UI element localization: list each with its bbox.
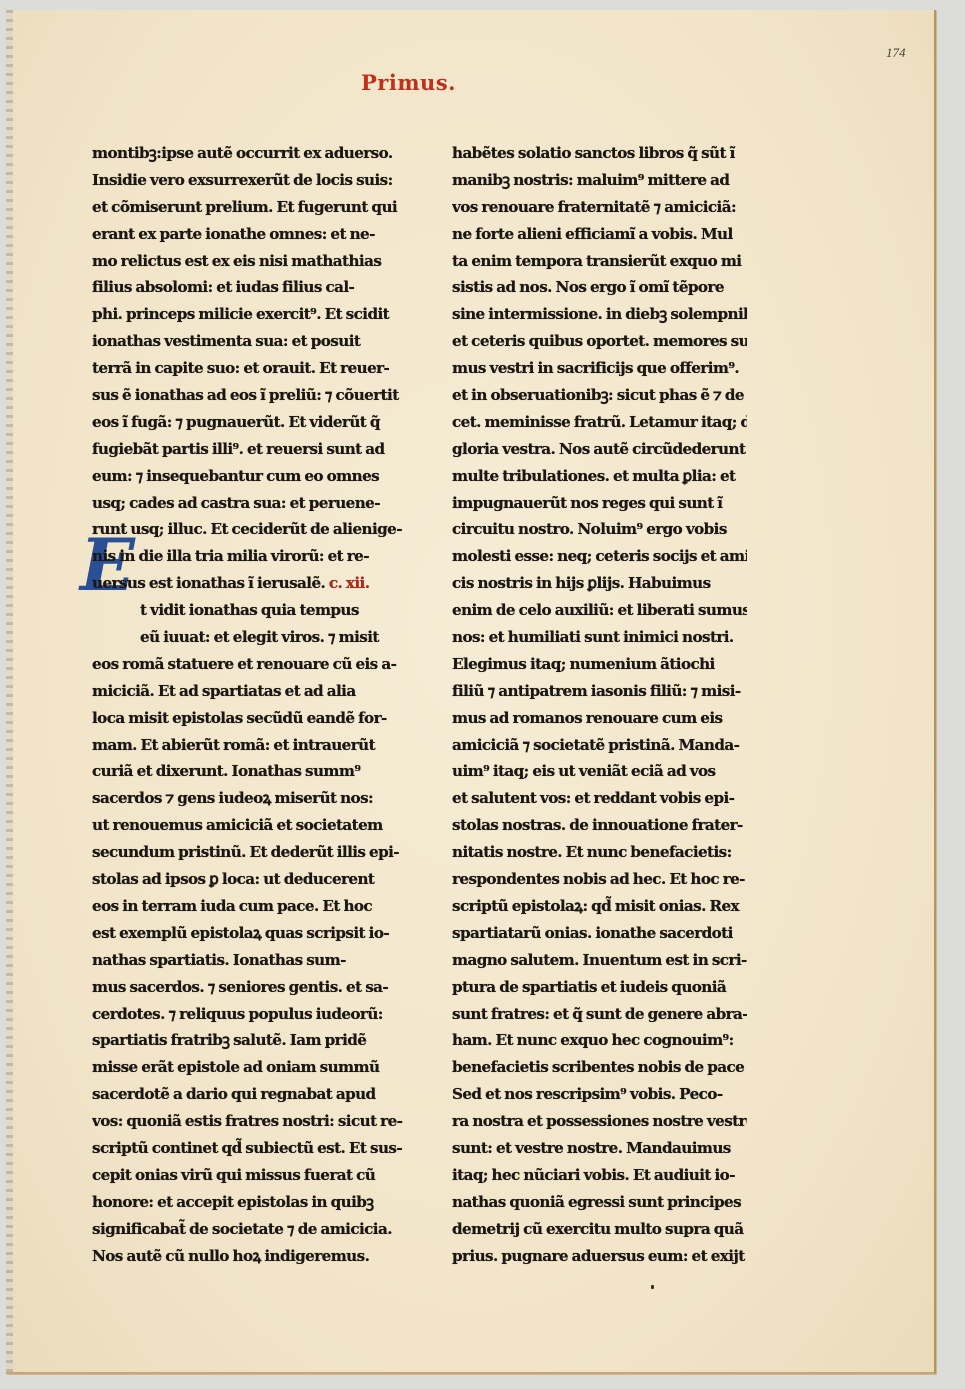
text-line: Nos autẽ cũ nullo hoꝝ indigeremus. bbox=[92, 1243, 404, 1270]
text-line: prius. pugnare aduersus eum: et exijt bbox=[452, 1243, 747, 1270]
text-line: et cõmiserunt prelium. Et fugerunt qui bbox=[92, 194, 404, 221]
text-line: phi. princeps milicie exercit⁹. Et scidi… bbox=[92, 301, 404, 328]
text-line: loca misit epistolas secũdũ eandẽ for- bbox=[92, 705, 404, 732]
text-line: ptura de spartiatis et iudeis quoniã bbox=[452, 974, 747, 1001]
binding-edge bbox=[6, 10, 13, 1372]
text-line: scriptũ continet qd̃ subiectũ est. Et su… bbox=[92, 1135, 404, 1162]
text-line: ne forte alieni efficiamĩ a vobis. Mul bbox=[452, 221, 747, 248]
folio-number: 174 bbox=[886, 45, 906, 61]
text-line: habẽtes solatio sanctos libros q̃ sũt ĩ bbox=[452, 140, 747, 167]
text-line: filiũ ⁊ antipatrem iasonis filiũ: ⁊ misi… bbox=[452, 678, 747, 705]
text-line: molesti esse: neq; ceteris socijs et ami… bbox=[452, 543, 747, 570]
text-line: Sed et nos rescripsim⁹ vobis. Peco- bbox=[452, 1081, 747, 1108]
text-line: magno salutem. Inuentum est in scri- bbox=[452, 947, 747, 974]
text-line: scriptũ epistolaꝝ: qd̃ misit onias. Rex bbox=[452, 893, 747, 920]
text-line: sacerdos ⁊ gens iudeoꝝ miserũt nos: bbox=[92, 785, 404, 812]
text-line: mus vestri in sacrificijs que offerim⁹. bbox=[452, 355, 747, 382]
text-line: stolas ad ipsos ꝑ loca: ut deducerent bbox=[92, 866, 404, 893]
text-line: cepit onias virũ qui missus fuerat cũ bbox=[92, 1162, 404, 1189]
text-line: mo relictus est ex eis nisi mathathias bbox=[92, 248, 404, 275]
ink-speck bbox=[651, 1285, 654, 1289]
text-line: nis in die illa tria milia virorũ: et re… bbox=[92, 543, 404, 570]
text-line: enim de celo auxiliũ: et liberati sumus bbox=[452, 597, 747, 624]
text-line: mus ad romanos renouare cum eis bbox=[452, 705, 747, 732]
text-line: mus sacerdos. ⁊ seniores gentis. et sa- bbox=[92, 974, 404, 1001]
text-line: significabat̃ de societate ⁊ de amicicia… bbox=[92, 1216, 404, 1243]
text-line: cis nostris in hijs ꝑlijs. Habuimus bbox=[452, 570, 747, 597]
text-line: runt usq; illuc. Et ceciderũt de alienig… bbox=[92, 516, 404, 543]
text-line: benefacietis scribentes nobis de pace vr… bbox=[452, 1054, 747, 1081]
text-line: ta enim tempora transierũt exquo mi bbox=[452, 248, 747, 275]
text-line: sunt: et vestre nostre. Mandauimus bbox=[452, 1135, 747, 1162]
text-line: amiciciã ⁊ societatẽ pristinã. Manda- bbox=[452, 732, 747, 759]
text-line: honore: et accepit epistolas in quibꝫ bbox=[92, 1189, 404, 1216]
text-line: spartiatis fratribꝫ salutẽ. Iam pridẽ bbox=[92, 1027, 404, 1054]
text-line: secundum pristinũ. Et dederũt illis epi- bbox=[92, 839, 404, 866]
text-line: nitatis nostre. Et nunc benefacietis: bbox=[452, 839, 747, 866]
running-head: Primus. bbox=[361, 70, 456, 95]
text-line: Insidie vero exsurrexerũt de locis suis: bbox=[92, 167, 404, 194]
text-line: usq; cades ad castra sua: et peruene- bbox=[92, 490, 404, 517]
text-line: ionathas vestimenta sua: et posuit bbox=[92, 328, 404, 355]
text-line: et in obseruationibꝫ: sicut phas ẽ ⁊ de bbox=[452, 382, 747, 409]
text-line: itaq; hec nũciari vobis. Et audiuit io- bbox=[452, 1162, 747, 1189]
text-line: eũ iuuat: et elegit viros. ⁊ misit bbox=[92, 624, 404, 651]
text-line: circuitu nostro. Noluim⁹ ergo vobis bbox=[452, 516, 747, 543]
text-line: cerdotes. ⁊ reliquus populus iudeorũ: bbox=[92, 1001, 404, 1028]
text-line: manibꝫ nostris: maluim⁹ mittere ad bbox=[452, 167, 747, 194]
text-line: misse erãt epistole ad oniam summũ bbox=[92, 1054, 404, 1081]
text-line: sine intermissione. in diebꝫ solempnibꝫ bbox=[452, 301, 747, 328]
text-line: nathas quoniã egressi sunt principes bbox=[452, 1189, 747, 1216]
text-line: gloria vestra. Nos autẽ circũdederunt bbox=[452, 436, 747, 463]
text-line: eos in terram iuda cum pace. Et hoc bbox=[92, 893, 404, 920]
text-line: spartiatarũ onias. ionathe sacerdoti bbox=[452, 920, 747, 947]
text-line: ut renouemus amiciciã et societatem bbox=[92, 812, 404, 839]
text-line: nathas spartiatis. Ionathas sum- bbox=[92, 947, 404, 974]
text-line: stolas nostras. de innouatione frater- bbox=[452, 812, 747, 839]
right-text-column: habẽtes solatio sanctos libros q̃ sũt ĩm… bbox=[452, 140, 747, 1269]
text-line: sacerdotẽ a dario qui regnabat apud bbox=[92, 1081, 404, 1108]
left-text-column: montibꝫ:ipse autẽ occurrit ex aduerso.In… bbox=[92, 140, 404, 1269]
text-line: terrã in capite suo: et orauit. Et reuer… bbox=[92, 355, 404, 382]
text-line: eos ĩ fugã: ⁊ pugnauerũt. Et viderũt q̃ bbox=[92, 409, 404, 436]
text-line: respondentes nobis ad hec. Et hoc re- bbox=[452, 866, 747, 893]
chapter-marker: c. xii. bbox=[329, 574, 370, 592]
text-line: nos: et humiliati sunt inimici nostri. bbox=[452, 624, 747, 651]
text-line: sistis ad nos. Nos ergo ĩ omĩ tẽpore bbox=[452, 274, 747, 301]
text-line: t vidit ionathas quia tempus bbox=[92, 597, 404, 624]
text-line: erant ex parte ionathe omnes: et ne- bbox=[92, 221, 404, 248]
text-line: est exemplũ epistolaꝝ quas scripsit io- bbox=[92, 920, 404, 947]
text-line: eum: ⁊ insequebantur cum eo omnes bbox=[92, 463, 404, 490]
text-line: vos: quoniã estis fratres nostri: sicut … bbox=[92, 1108, 404, 1135]
text-line: uim⁹ itaq; eis ut veniãt eciã ad vos bbox=[452, 758, 747, 785]
text-line: ham. Et nunc exquo hec cognouim⁹: bbox=[452, 1027, 747, 1054]
text-line: et ceteris quibus oportet. memores su bbox=[452, 328, 747, 355]
text-line: uersus est ionathas ĩ ierusalẽ. c. xii. bbox=[92, 570, 404, 597]
text-line: montibꝫ:ipse autẽ occurrit ex aduerso. bbox=[92, 140, 404, 167]
text-line: miciciã. Et ad spartiatas et ad alia bbox=[92, 678, 404, 705]
text-line: eos romã statuere et renouare cũ eis a- bbox=[92, 651, 404, 678]
text-line: fugiebãt partis illi⁹. et reuersi sunt a… bbox=[92, 436, 404, 463]
text-line: impugnauerũt nos reges qui sunt ĩ bbox=[452, 490, 747, 517]
text-line: sunt fratres: et q̃ sunt de genere abra- bbox=[452, 1001, 747, 1028]
text-line: Elegimus itaq; numenium ãtiochi bbox=[452, 651, 747, 678]
text-line: ra nostra et possessiones nostre vestre bbox=[452, 1108, 747, 1135]
text-line: filius absolomi: et iudas filius cal- bbox=[92, 274, 404, 301]
text-line: cet. meminisse fratrũ. Letamur itaq; de bbox=[452, 409, 747, 436]
manuscript-page: Primus. 174 E montibꝫ:ipse autẽ occurrit… bbox=[6, 10, 936, 1374]
text-line: demetrij cũ exercitu multo supra quã bbox=[452, 1216, 747, 1243]
text-line: curiã et dixerunt. Ionathas summ⁹ bbox=[92, 758, 404, 785]
text-line: sus ẽ ionathas ad eos ĩ preliũ: ⁊ cõuert… bbox=[92, 382, 404, 409]
text-line: vos renouare fraternitatẽ ⁊ amiciciã: bbox=[452, 194, 747, 221]
text-line: mam. Et abierũt romã: et intrauerũt bbox=[92, 732, 404, 759]
text-line: et salutent vos: et reddant vobis epi- bbox=[452, 785, 747, 812]
text-line: multe tribulationes. et multa ꝑlia: et bbox=[452, 463, 747, 490]
